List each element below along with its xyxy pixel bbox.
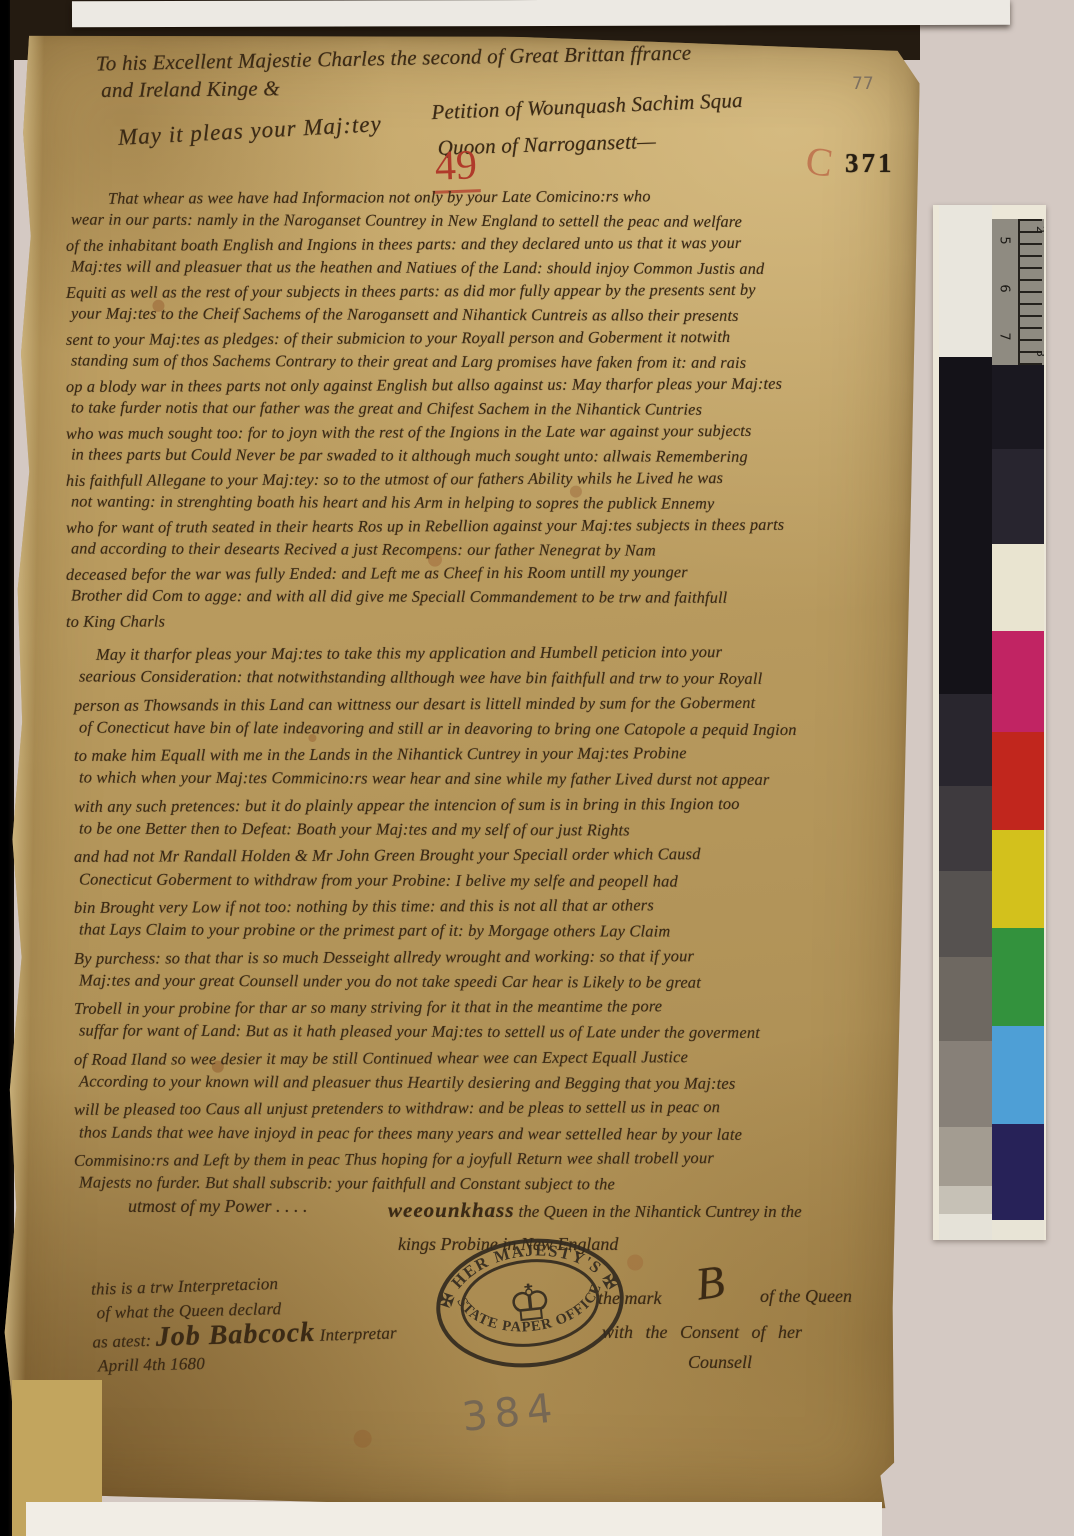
manuscript-line: to King Charls — [66, 607, 926, 634]
calibration-swatch — [939, 957, 992, 1041]
calibration-swatch — [992, 449, 1044, 544]
manuscript-line: bin Brought very Low if not too: nothing… — [74, 891, 934, 920]
manuscript-line: sent to your Maj:tes as pledges: of thei… — [66, 325, 926, 352]
manuscript-line: Brother did Com to agge: and with all di… — [71, 584, 926, 610]
manuscript-line: and had not Mr Randall Holden & Mr John … — [74, 840, 934, 869]
petition-paragraph-2: May it tharfor pleas your Maj:tes to tak… — [74, 640, 934, 1197]
manuscript-line: who for want of truth seated in their he… — [66, 513, 926, 540]
crown-icon: ♔ — [505, 1272, 556, 1334]
manuscript-line: in thees parts but Could Never be par sw… — [71, 443, 926, 469]
attestation-prefix: as atest: — [92, 1331, 151, 1352]
ruler-number: 6 — [997, 284, 1012, 292]
manuscript-line: thos Lands that wee have injoyd in peac … — [79, 1119, 934, 1147]
manuscript-line: suffar for want of Land: But as it hath … — [79, 1018, 934, 1046]
color-calibration-card: 5 6 7 2 3 — [933, 205, 1046, 1240]
calibration-swatch — [992, 1220, 1044, 1240]
power-line: utmost of my Power . . . . — [128, 1196, 308, 1217]
manuscript-line: Equiti as well as the rest of your subje… — [66, 278, 926, 305]
calibration-swatch — [939, 1041, 992, 1127]
manuscript-line: Commisino:rs and Left by them in peac Th… — [74, 1144, 934, 1173]
manuscript-line: and according to their desearts Recived … — [71, 537, 926, 563]
queen-signature-line: weeounkhass the Queen in the Nihantick C… — [388, 1198, 802, 1223]
manuscript-line: Majests no furder. But shall subscrib: y… — [79, 1170, 934, 1198]
manuscript-line: that Lays Claim to your probine or the p… — [79, 917, 934, 945]
calibration-swatch — [992, 365, 1044, 449]
manuscript-line: of Road Iland so wee desier it may be st… — [74, 1043, 934, 1072]
ruler-number: 7 — [997, 332, 1012, 340]
color-patches — [992, 365, 1044, 1240]
calibration-swatch — [939, 357, 992, 694]
calibration-swatch — [939, 786, 992, 871]
calibration-swatch — [939, 694, 992, 786]
calibration-swatch — [939, 1127, 992, 1186]
manuscript-line: your Maj:tes to the Cheif Sachems of the… — [71, 302, 926, 328]
underlying-sheet — [26, 1502, 882, 1536]
manuscript-line: who was much sought too: for to joyn wit… — [66, 419, 926, 446]
manuscript-line: person as Thowsands in this Land can wit… — [74, 689, 934, 718]
manuscript-line: his faithfull Allegane to your Maj:tey: … — [66, 466, 926, 493]
interpreter-signature: Job Babcock — [155, 1317, 315, 1353]
calibration-swatch — [992, 830, 1044, 928]
queen-signature-name: weeounkhass — [388, 1198, 515, 1222]
calibration-swatch — [939, 1214, 992, 1240]
manuscript-line: May it tharfor pleas your Maj:tes to tak… — [74, 638, 934, 667]
manuscript-line: According to your known will and pleasue… — [79, 1069, 934, 1097]
petition-paragraph-1: That whear as wee have had Informacion n… — [66, 186, 926, 633]
grayscale-column — [939, 205, 992, 1240]
calibration-swatch — [992, 1026, 1044, 1124]
manuscript-line: searious Consideration: that notwithstan… — [79, 664, 934, 692]
scanned-manuscript-page: To his Excellent Majestie Charles the se… — [0, 0, 1074, 1536]
manuscript-line: of Conecticut have bin of late indeavori… — [79, 714, 934, 742]
manuscript-line: standing sum of thos Sachems Contrary to… — [71, 349, 926, 375]
manuscript-line: to which when your Maj:tes Commicino:rs … — [79, 765, 934, 793]
manuscript-line: Conecticut Goberment to withdraw from yo… — [79, 866, 934, 894]
state-paper-office-stamp: ✠ HER MAJESTY'S ✠ STATE PAPER OFFICE ♔ — [430, 1232, 630, 1374]
calibration-swatch — [939, 205, 992, 357]
manuscript-line: op a blody war in thees parts not only a… — [66, 372, 926, 399]
attestation-suffix: Interpretar — [319, 1323, 397, 1344]
calibration-swatch — [939, 871, 992, 957]
ruler-scale: 5 6 7 2 3 — [992, 219, 1044, 365]
calibration-swatch — [992, 732, 1044, 830]
calibration-swatch — [992, 631, 1044, 732]
manuscript-line: Maj:tes will and pleasuer that us the he… — [71, 255, 926, 281]
ruler-number: 5 — [997, 236, 1012, 244]
manuscript-line: will be pleased too Caus all unjust pret… — [74, 1093, 934, 1122]
ruler-edge-number: 3 — [1034, 350, 1044, 357]
manuscript-line: By purchess: so that thar is so much Des… — [74, 942, 934, 971]
manuscript-line: That whear as wee have had Informacion n… — [66, 184, 926, 211]
calibration-swatch — [992, 1124, 1044, 1220]
manuscript-line: with any such pretences: but it do plain… — [74, 790, 934, 819]
manuscript-line: wear in our parts: namly in the Narogans… — [71, 208, 926, 234]
color-patch-column: 5 6 7 2 3 — [992, 219, 1044, 1240]
calibration-swatch — [939, 1186, 992, 1214]
pencil-page-number: 77 — [852, 74, 874, 94]
queen-mark-of-queen: of the Queen — [760, 1286, 852, 1307]
queen-signature-title: the Queen in the Nihantick Cuntrey in th… — [519, 1202, 802, 1221]
manuscript-line: not wanting: in strenghting boath his he… — [71, 490, 926, 516]
calibration-swatch — [992, 544, 1044, 631]
manuscript-line: Maj:tes and your great Counsell under yo… — [79, 967, 934, 995]
ruler-ticks — [1020, 219, 1042, 365]
ruler-edge-number: 2 — [1034, 226, 1044, 233]
manuscript-line: of the inhabitant boath English and Ingi… — [66, 231, 926, 258]
attestation-block: this is a trw Interpretacion of what the… — [91, 1268, 398, 1379]
manuscript-line: deceased befor the war was fully Ended: … — [66, 560, 926, 587]
folio-stamp-number: 371 — [845, 148, 895, 179]
calibration-swatch — [992, 928, 1044, 1026]
adjacent-sheet-edge — [72, 0, 1010, 27]
queen-mark-counsell: Counsell — [688, 1352, 752, 1373]
manuscript-line: to take furder notis that our father was… — [71, 396, 926, 422]
queen-mark-consent: with the Consent of her — [602, 1322, 802, 1343]
manuscript-line: to be one Better then to Defeat: Boath y… — [79, 816, 934, 844]
